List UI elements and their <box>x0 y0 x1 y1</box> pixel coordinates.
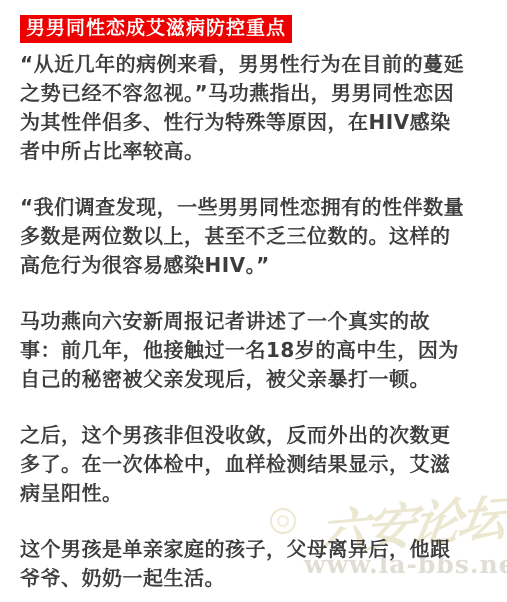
article-paragraph-1: “从近几年的病例来看，男男性行为在目前的蔓延之势已经不容忽视。”马功燕指出，男男… <box>20 50 467 166</box>
article-title: 男男同性恋成艾滋病防控重点 <box>20 15 292 43</box>
article-paragraph-5: 这个男孩是单亲家庭的孩子，父母离异后，他跟爷爷、奶奶一起生活。 <box>20 535 467 593</box>
article-paragraph-2: “我们调查发现，一些男男同性恋拥有的性伴数量多数是两位数以上，甚至不乏三位数的。… <box>20 193 467 280</box>
article-content: 男男同性恋成艾滋病防控重点 “从近几年的病例来看，男男性行为在目前的蔓延之势已经… <box>20 15 467 593</box>
article-paragraph-4: 之后，这个男孩非但没收敛，反而外出的次数更多了。在一次体检中，血样检测结果显示，… <box>20 421 467 508</box>
article-paragraph-3: 马功燕向六安新周报记者讲述了一个真实的故事：前几年，他接触过一名18岁的高中生，… <box>20 307 467 394</box>
article-page: 六安论坛 www.la-bbs.net 男男同性恋成艾滋病防控重点 “从近几年的… <box>0 0 507 602</box>
